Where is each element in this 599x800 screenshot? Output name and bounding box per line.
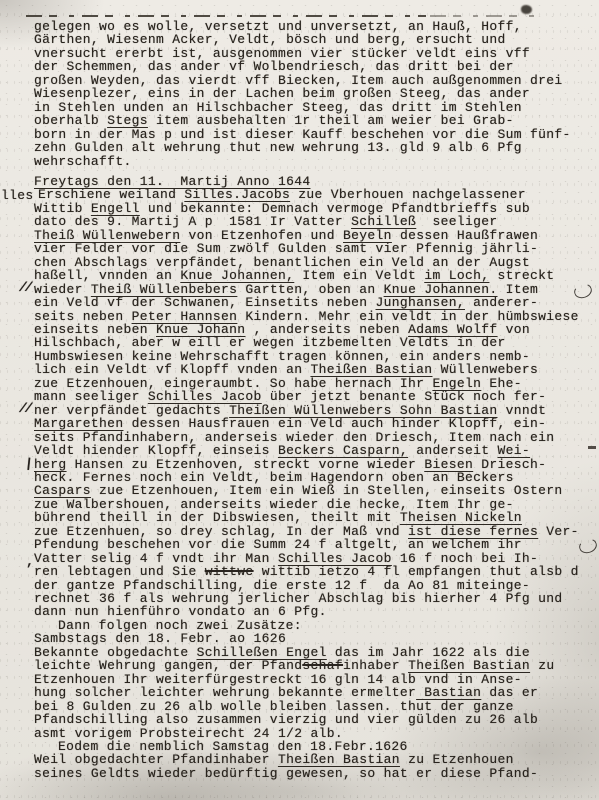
dashed-rule-faint [430,15,540,17]
text-line: dato des 9. Martij A p 1581 Ir Vatter Sc… [34,215,593,228]
text-line: mann seeliger Schilles Jacob über jetzt … [34,390,593,403]
text-line: großen Weyden, das vierdt vff Biecken, I… [34,74,593,87]
text-line: Eodem die nemblich Samstag den 18.Febr.1… [34,740,593,753]
text-line: lich ein Veldt vf Klopff vnden an Theiße… [34,363,593,376]
handwritten-margin-mark: | [24,456,33,470]
text-line: zue Walbershouen, anderseits wieder die … [34,498,593,511]
text-line: bei 8 Gulden zu 26 alb wolle bleiben las… [34,700,593,713]
paragraph-main-entry: llesErschiene weiland Silles.Jacobs zue … [34,188,593,619]
text-segment: wehrschafft. [34,154,132,169]
text-line: seits Pfandinhabern, anderseis wieder de… [34,431,593,444]
text-line: Pfendung beschehen vor die Summ 24 f alt… [34,538,593,551]
text-line: zue Etzenhouen, eingeraumbt. So habe her… [34,377,593,390]
text-line: asmt vorigem Probsteirecht 24 1/2 alb. [34,727,593,740]
document-page: gelegen wo es wolle, versetzt und unvers… [0,0,599,800]
text-line: gelegen wo es wolle, versetzt und unvers… [34,20,593,33]
text-line: Dann folgen noch zwei Zusätze: [34,619,593,632]
text-line: oberhalb Stegs item ausbehalten 1r theil… [34,114,593,127]
text-segment: seines Geldts wieder bedürftig gewesen, … [34,766,538,781]
text-line: ein Veld vf der Schwanen, Einsetits nebe… [34,296,593,309]
text-line: born in der Mas p und ist dieser Kauff b… [34,128,593,141]
text-line: ,Vatter selig 4 f vndt ihr Man Schilles … [34,552,593,565]
date-heading: Freytags den 11. Martij Anno 1644 [34,175,593,188]
text-line: der gantze Pfandschilling, die erste 12 … [34,579,593,592]
heading-line: Freytags den 11. Martij Anno 1644 [34,175,593,188]
text-line: Pfandschilling also zusammen vierzig und… [34,713,593,726]
paragraph-zusaetze: Dann folgen noch zwei Zusätze:Sambstags … [34,619,593,780]
text-line: hung solcher leichter wehrung bekannte e… [34,686,593,699]
text-line: Hilschbach, aber w eill er wegen itzbeme… [34,336,593,349]
text-line: einseits neben Knue Johann , anderseits … [34,323,593,336]
text-line: vier Felder vor die Sum zwölf Gulden sam… [34,242,593,255]
text-line: |herg Hansen zu Etzenhoven, streckt vorn… [34,458,593,471]
text-segment: Ver- [538,524,579,539]
text-line: Etzenhouen Ihr weiterfürgestreckt 16 gln… [34,673,593,686]
text-line: dann nun hienführo vondato an 6 Pfg. [34,605,593,618]
text-segment: zu [530,658,554,673]
text-line: //wieder Theiß Wüllenbebers Gartten, obe… [34,283,593,296]
text-line: Wittib Engell und bekannte: Demnach verm… [34,202,593,215]
text-line: der Schemmen, das ander vf Wolbendriesch… [34,60,593,73]
text-line: haßell, vnnden an Knue Johannen, Item ei… [34,269,593,282]
text-line: seines Geldts wieder bedürftig gewesen, … [34,767,593,780]
text-line: Caspars zue Etzenhouen, Item ein Wieß in… [34,484,593,497]
text-line: Gärthen, Wiesenm Acker, Veldt, bösch und… [34,33,593,46]
text-column: gelegen wo es wolle, versetzt und unvers… [34,20,593,780]
text-line: Humbswiesen keine Wehrschafft tragen kön… [34,350,593,363]
handwritten-margin-mark: // [19,402,31,415]
text-line: zehn Gulden alt wehrung thut new wehrung… [34,141,593,154]
text-line: Theiß Wüllenwebern von Etzenhofen und Be… [34,229,593,242]
text-line: Margarethen dessen Hausfrauen ein Veld a… [34,417,593,430]
ink-smudge [521,5,532,14]
text-line: heck. Fernes noch ein Veldt, beim Hagend… [34,471,593,484]
margin-note: lles [1,189,34,202]
text-line: zue Etzenhuen, so drey schlag, In der Ma… [34,525,593,538]
text-line: Sambstags den 18. Febr. ao 1626 [34,632,593,645]
paragraph-continuation: gelegen wo es wolle, versetzt und unvers… [34,20,593,168]
text-line: Wiesenplezer, eins in der Lachen beim gr… [34,87,593,100]
handwritten-margin-mark: , [26,555,32,568]
text-line: llesErschiene weiland Silles.Jacobs zue … [34,188,593,201]
text-line: Veldt hiender Klopff, einseis Beckers Ca… [34,444,593,457]
text-line: in Stehlen unden an Hilschbacher Steeg, … [34,101,593,114]
text-line: //ner verpfändet gedachts Theißen Wüllen… [34,404,593,417]
text-line: Bekannte obgedachte Schilleßen Engel das… [34,646,593,659]
text-line: bührend theill in der Dibswiesen, theilt… [34,511,593,524]
text-line: Weil obgedachter Pfandinhaber Theißen Ba… [34,753,593,766]
text-line: vnersucht ererbt ist, ausgenommen vier s… [34,47,593,60]
text-line: rechnet 36 f als wehrung jerlicher Absch… [34,592,593,605]
handwritten-margin-mark: // [19,281,31,294]
text-line: wehrschafft. [34,155,593,168]
text-line: leichte Wehrung gangen, der Pfandschafin… [34,659,593,672]
text-line: ren lebtagen und Sie wittwe wittib ietzo… [34,565,593,578]
dashed-rule [26,15,426,17]
text-line: seits neben Peter Hannsen Kindern. Mehr … [34,310,593,323]
text-line: chen Abschlags verpfändet, benantlichen … [34,256,593,269]
